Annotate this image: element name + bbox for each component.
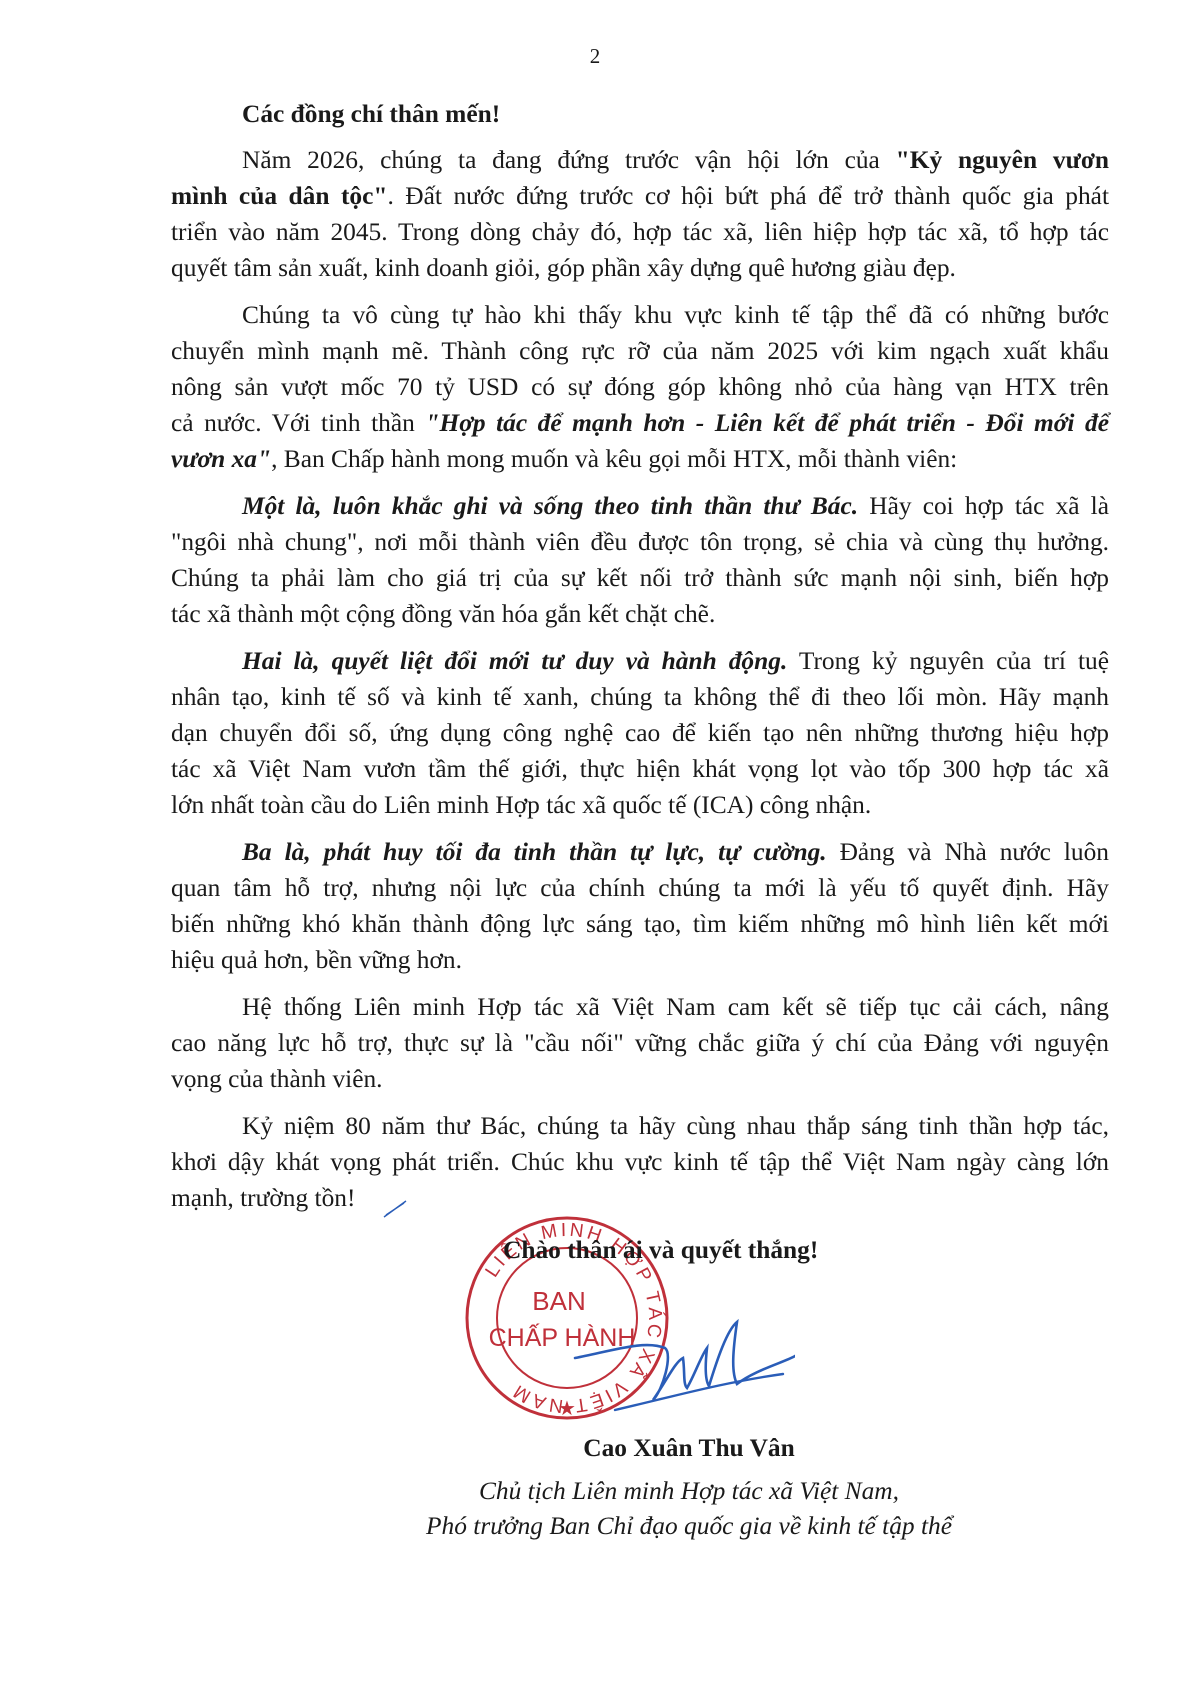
letter-body: Các đồng chí thân mến! Năm 2026, chúng t… (171, 96, 1109, 1216)
paragraph-6: Hệ thống Liên minh Hợp tác xã Việt Nam c… (171, 989, 1109, 1097)
paragraph-1: Năm 2026, chúng ta đang đứng trước vận h… (171, 142, 1109, 286)
closing-salutation: Chào thân ái và quyết thắng! (503, 1236, 818, 1265)
text-line: mình của dân tộc". Đất nước đứng trước c… (171, 178, 1109, 214)
text-line: Hai là, quyết liệt đổi mới tư duy và hàn… (171, 643, 1109, 679)
paragraph-3: Một là, luôn khắc ghi và sống theo tinh … (171, 488, 1109, 632)
text-line: vọng của thành viên. (171, 1061, 1109, 1097)
paragraph-7: Kỷ niệm 80 năm thư Bác, chúng ta hãy cùn… (171, 1108, 1109, 1216)
text: Năm 2026, chúng ta đang đứng trước vận h… (242, 146, 896, 174)
text-line: tác xã thành một cộng đồng văn hóa gắn k… (171, 596, 1109, 632)
slogan: "Hợp tác để mạnh hơn - Liên kết để phát … (425, 409, 1109, 437)
text: Đảng và Nhà nước luôn (827, 838, 1109, 866)
bold-quote: "Kỷ nguyên vươn (896, 146, 1109, 174)
page-number: 2 (0, 44, 1190, 69)
text-line: dạn chuyển đổi số, ứng dụng công nghệ ca… (171, 715, 1109, 751)
paragraph-2: Chúng ta vô cùng tự hào khi thấy khu vực… (171, 297, 1109, 477)
text-line: cao năng lực hỗ trợ, thực sự là "cầu nối… (171, 1025, 1109, 1061)
text-line: chuyển mình mạnh mẽ. Thành công rực rỡ c… (171, 333, 1109, 369)
greeting: Các đồng chí thân mến! (242, 96, 1109, 132)
handwritten-signature (555, 1300, 795, 1420)
paragraph-5: Ba là, phát huy tối đa tinh thần tự lực,… (171, 834, 1109, 978)
bold-quote: mình của dân tộc" (171, 182, 387, 210)
text: cả nước. Với tinh thần (171, 409, 425, 437)
text-line: Hệ thống Liên minh Hợp tác xã Việt Nam c… (171, 989, 1109, 1025)
text-line: Một là, luôn khắc ghi và sống theo tinh … (171, 488, 1109, 524)
text: Trong kỷ nguyên của trí tuệ (787, 647, 1109, 675)
text-line: cả nước. Với tinh thần "Hợp tác để mạnh … (171, 405, 1109, 441)
signer-title-2: Phó trưởng Ban Chỉ đạo quốc gia về kinh … (0, 1512, 1190, 1541)
text-line: khơi dậy khát vọng phát triển. Chúc khu … (171, 1144, 1109, 1180)
text-line: vươn xa", Ban Chấp hành mong muốn và kêu… (171, 441, 1109, 477)
point-heading: Một là, luôn khắc ghi và sống theo tinh … (242, 492, 858, 520)
text-line: hiệu quả hơn, bền vững hơn. (171, 942, 1109, 978)
point-heading: Ba là, phát huy tối đa tinh thần tự lực,… (242, 838, 827, 866)
text-line: Kỷ niệm 80 năm thư Bác, chúng ta hãy cùn… (171, 1108, 1109, 1144)
text-line: Năm 2026, chúng ta đang đứng trước vận h… (171, 142, 1109, 178)
text: , Ban Chấp hành mong muốn và kêu gọi mỗi… (271, 445, 957, 473)
text-line: quan tâm hỗ trợ, nhưng nội lực của chính… (171, 870, 1109, 906)
signer-name: Cao Xuân Thu Vân (0, 1434, 1190, 1463)
text-line: triển vào năm 2045. Trong dòng chảy đó, … (171, 214, 1109, 250)
text-line: nhân tạo, kinh tế số và kinh tế xanh, ch… (171, 679, 1109, 715)
paragraph-4: Hai là, quyết liệt đổi mới tư duy và hàn… (171, 643, 1109, 823)
point-heading: Hai là, quyết liệt đổi mới tư duy và hàn… (242, 647, 787, 675)
text-line: quyết tâm sản xuất, kinh doanh giỏi, góp… (171, 250, 1109, 286)
text-line: biến những khó khăn thành động lực sáng … (171, 906, 1109, 942)
text-line: Ba là, phát huy tối đa tinh thần tự lực,… (171, 834, 1109, 870)
pen-tick-mark (380, 1197, 410, 1219)
text: Hãy coi hợp tác xã là (858, 492, 1109, 520)
text-line: lớn nhất toàn cầu do Liên minh Hợp tác x… (171, 787, 1109, 823)
text-line: mạnh, trường tồn! (171, 1180, 1109, 1216)
text-line: tác xã Việt Nam vươn tầm thế giới, thực … (171, 751, 1109, 787)
signer-title-1: Chủ tịch Liên minh Hợp tác xã Việt Nam, (0, 1477, 1190, 1506)
text-line: Chúng ta vô cùng tự hào khi thấy khu vực… (171, 297, 1109, 333)
text-line: nông sản vượt mốc 70 tỷ USD có sự đóng g… (171, 369, 1109, 405)
text-line: Chúng ta phải làm cho giá trị của sự kết… (171, 560, 1109, 596)
text: . Đất nước đứng trước cơ hội bứt phá để … (387, 182, 1109, 210)
text-line: "ngôi nhà chung", nơi mỗi thành viên đều… (171, 524, 1109, 560)
slogan: vươn xa" (171, 445, 271, 473)
